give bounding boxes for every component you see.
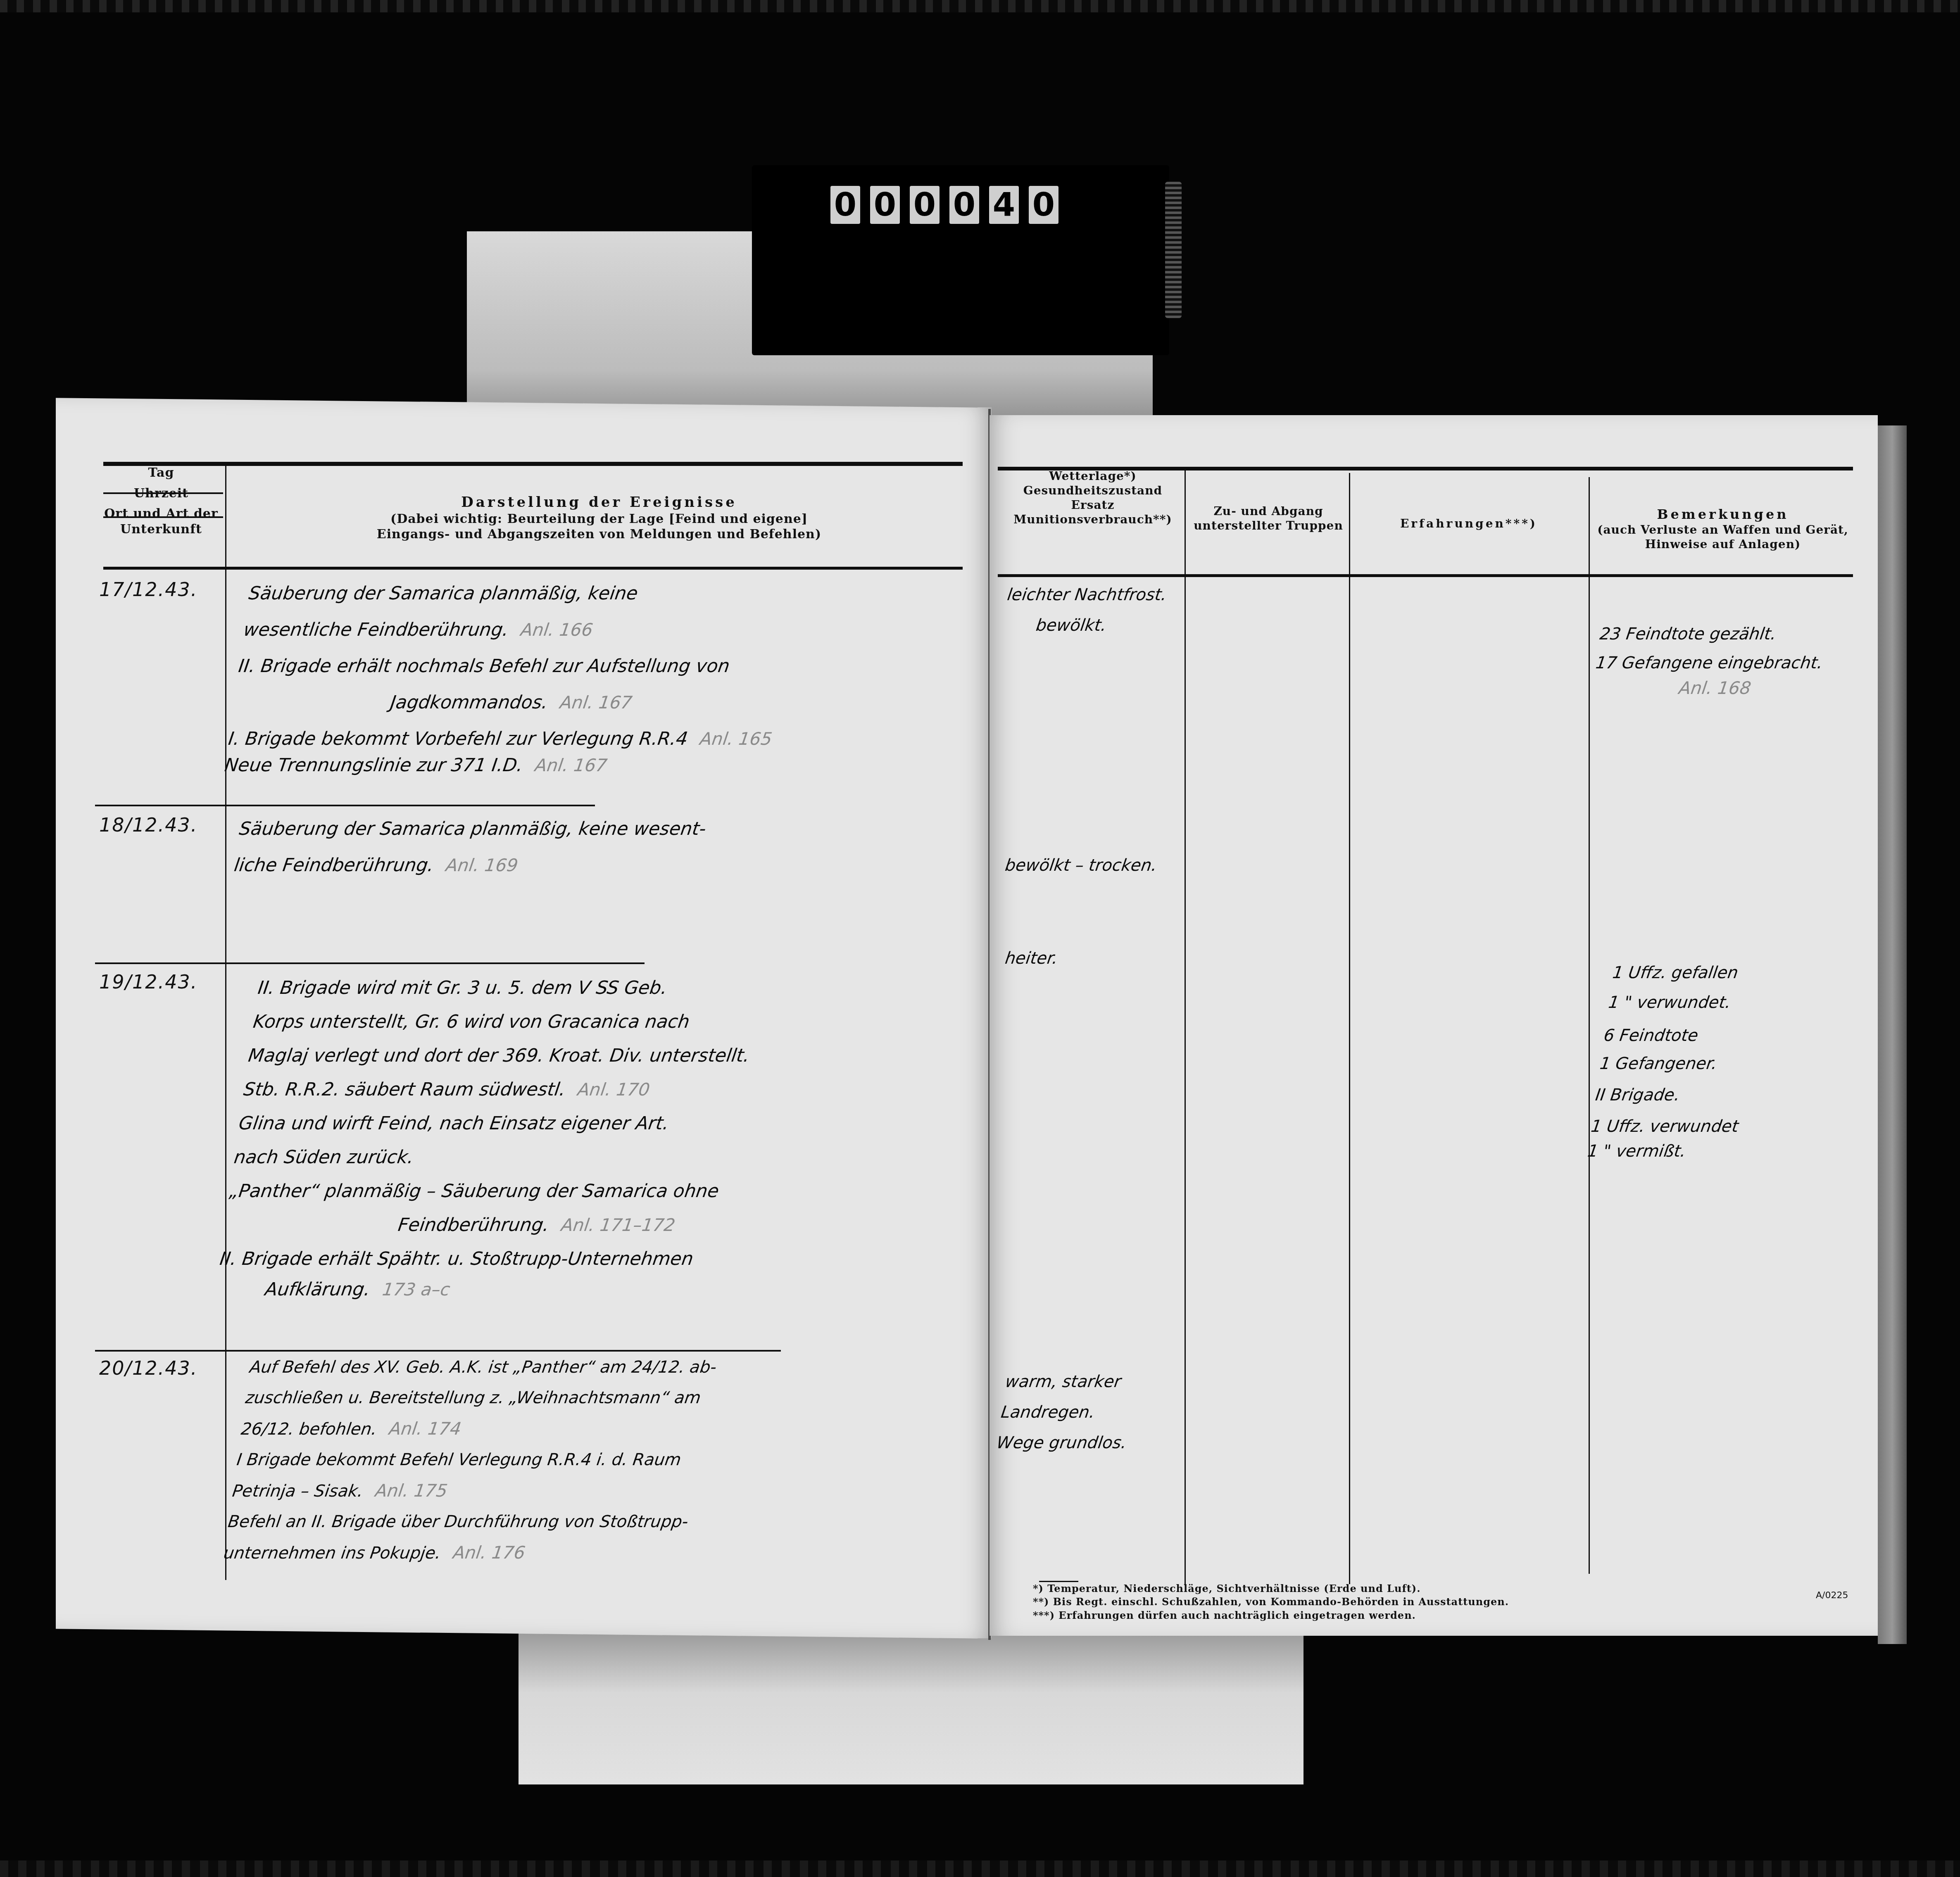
entry-text: Auf Befehl des XV. Geb. A.K. ist „Panthe… <box>220 1359 717 1580</box>
column-divider <box>1349 473 1350 1584</box>
entry-date: 19/12.43. <box>99 971 219 993</box>
entry-line: wesentliche Feindberührung.Anl. 166 <box>243 621 789 639</box>
entry-line: Säuberung der Samarica planmäßig, keine … <box>238 820 719 838</box>
entry-line: 26/12. befohlen.Anl. 174 <box>240 1420 709 1437</box>
entry-line: Petrinja – Sisak.Anl. 175 <box>231 1482 700 1499</box>
entry-line: II. Brigade wird mit Gr. 3 u. 5. dem V S… <box>257 979 760 997</box>
footnote: **) Bis Regt. einschl. Schußzahlen, von … <box>1033 1595 1509 1609</box>
weather-entry: bewölkt – trocken. <box>1001 857 1158 892</box>
entry-line: II. Brigade erhält nochmals Befehl zur A… <box>237 657 783 675</box>
entry-line: Neue Trennungslinie zur 371 I.D.Anl. 167 <box>224 756 770 775</box>
weather-entry: heiter. <box>1001 950 1059 985</box>
counter-digit: 0 <box>949 186 979 224</box>
counter-digit: 0 <box>830 186 860 224</box>
entry-line: „Panther“ planmäßig – Säuberung der Sama… <box>228 1182 732 1200</box>
counter-digit: 0 <box>910 186 940 224</box>
header-day: Tag <box>99 463 223 483</box>
events-title: Darstellung der Ereignisse <box>231 494 967 511</box>
entry-date: 20/12.43. <box>99 1357 219 1379</box>
troops-header: Zu- und Abgang unterstellter Truppen <box>1190 504 1347 533</box>
entry-date: 18/12.43. <box>99 814 219 836</box>
experience-header: Erfahrungen***) <box>1353 516 1584 531</box>
column-divider <box>1589 477 1590 1574</box>
entry-text: Säuberung der Samarica planmäßig, keine … <box>231 820 720 893</box>
remarks-entry: 1 Uffz. gefallen 1 " verwundet. 6 Feindt… <box>1584 965 1761 1178</box>
entry-line: Glina und wirft Feind, nach Einsatz eige… <box>238 1114 741 1133</box>
entry-line: Korps unterstellt, Gr. 6 wird von Gracan… <box>252 1013 756 1031</box>
entry-line: II. Brigade erhält Spähtr. u. Stoßtrupp-… <box>219 1250 722 1268</box>
entry-line: nach Süden zurück. <box>233 1148 737 1167</box>
column-divider <box>225 465 226 1580</box>
header-place: Ort und Art der Unterkunft <box>99 504 223 539</box>
entry-divider <box>95 1350 781 1352</box>
events-subtitle-2: Eingangs- und Abgangszeiten von Meldunge… <box>231 527 967 542</box>
form-code: A/0225 <box>1816 1590 1848 1601</box>
entry-line: Auf Befehl des XV. Geb. A.K. ist „Panthe… <box>249 1359 718 1376</box>
weather-header: Wetterlage*) Gesundheitszustand Ersatz M… <box>1004 469 1182 527</box>
frame-counter: 0 0 0 0 4 0 <box>830 186 1058 224</box>
header-bottom-rule <box>998 574 1853 577</box>
entry-line: Feindberührung.Anl. 171–172 <box>224 1216 727 1234</box>
column-divider <box>1185 470 1186 1585</box>
entry-line: I Brigade bekommt Befehl Verlegung R.R.4… <box>235 1452 704 1468</box>
entry-line: Aufklärung.173 a–c <box>214 1281 718 1299</box>
entry-text: Säuberung der Samarica planmäßig, keine … <box>221 584 794 793</box>
events-header: Darstellung der Ereignisse (Dabei wichti… <box>231 494 967 542</box>
remarks-header: Bemerkungen (auch Verluste an Waffen und… <box>1593 506 1853 551</box>
header-top-rule <box>103 462 963 466</box>
footnotes: *) Temperatur, Niederschläge, Sichtverhä… <box>1033 1582 1509 1622</box>
entry-text: II. Brigade wird mit Gr. 3 u. 5. dem V S… <box>212 979 760 1317</box>
entry-line: Stb. R.R.2. säubert Raum südwestl.Anl. 1… <box>243 1081 746 1099</box>
entry-date: 17/12.43. <box>99 578 219 601</box>
entry-line: I. Brigade bekommt Vorbefehl zur Verlegu… <box>227 730 773 748</box>
remarks-entry: 23 Feindtote gezählt. 17 Gefangene einge… <box>1589 626 1828 715</box>
folder-sheet-bottom <box>519 1632 1303 1784</box>
entry-line: unternehmen ins Pokupje.Anl. 176 <box>223 1544 692 1561</box>
entry-line: Maglaj verlegt und dort der 369. Kroat. … <box>247 1047 751 1065</box>
entry-line: Jagdkommandos.Anl. 167 <box>232 694 778 712</box>
left-header-columns: Tag Uhrzeit Ort und Art der Unterkunft <box>99 463 223 539</box>
film-strip-top <box>0 0 1960 12</box>
header-bottom-rule <box>103 567 963 570</box>
film-strip-bottom <box>0 1860 1960 1877</box>
events-subtitle-1: (Dabei wichtig: Beurteilung der Lage [Fe… <box>231 511 967 527</box>
header-time: Uhrzeit <box>99 483 223 504</box>
entry-line: liche Feindberührung.Anl. 169 <box>233 856 714 874</box>
entry-line: Befehl an II. Brigade über Durchführung … <box>227 1513 696 1530</box>
counter-digit: 0 <box>870 186 900 224</box>
weather-entry: warm, starker Landregen. Wege grundlos. <box>993 1373 1137 1469</box>
footnote: *) Temperatur, Niederschläge, Sichtverhä… <box>1033 1582 1509 1595</box>
entry-line: Säuberung der Samarica planmäßig, keine <box>247 584 794 603</box>
weather-entry: leichter Nachtfrost. bewölkt. <box>999 587 1168 652</box>
page-stack-edge <box>1878 425 1907 1644</box>
entry-divider <box>95 962 645 964</box>
entry-line: zuschließen u. Bereitstellung z. „Weihna… <box>245 1390 714 1406</box>
entry-divider <box>95 805 595 806</box>
counter-knob-icon <box>1165 182 1182 318</box>
counter-digit: 4 <box>989 186 1019 224</box>
footnote: ***) Erfahrungen dürfen auch nachträglic… <box>1033 1609 1509 1622</box>
counter-digit: 0 <box>1029 186 1058 224</box>
